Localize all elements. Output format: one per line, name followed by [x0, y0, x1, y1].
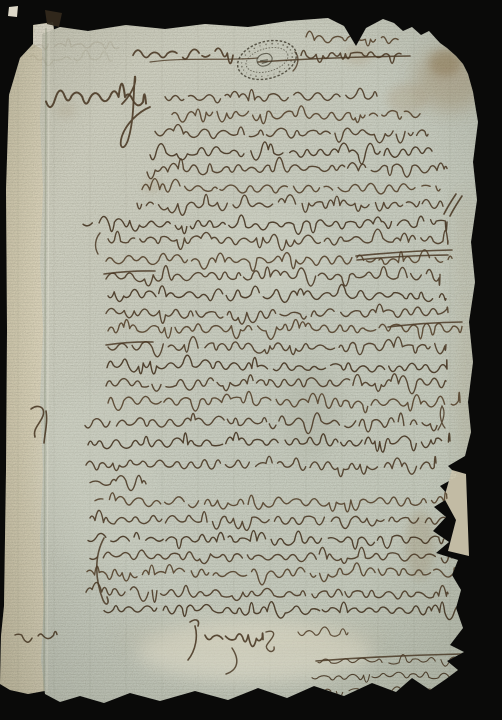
paper-speck: [8, 6, 18, 17]
vignette-overlay: [0, 0, 502, 720]
manuscript-svg: [0, 0, 502, 720]
manuscript-scan: [0, 0, 502, 720]
edge-vignette: [0, 0, 502, 720]
